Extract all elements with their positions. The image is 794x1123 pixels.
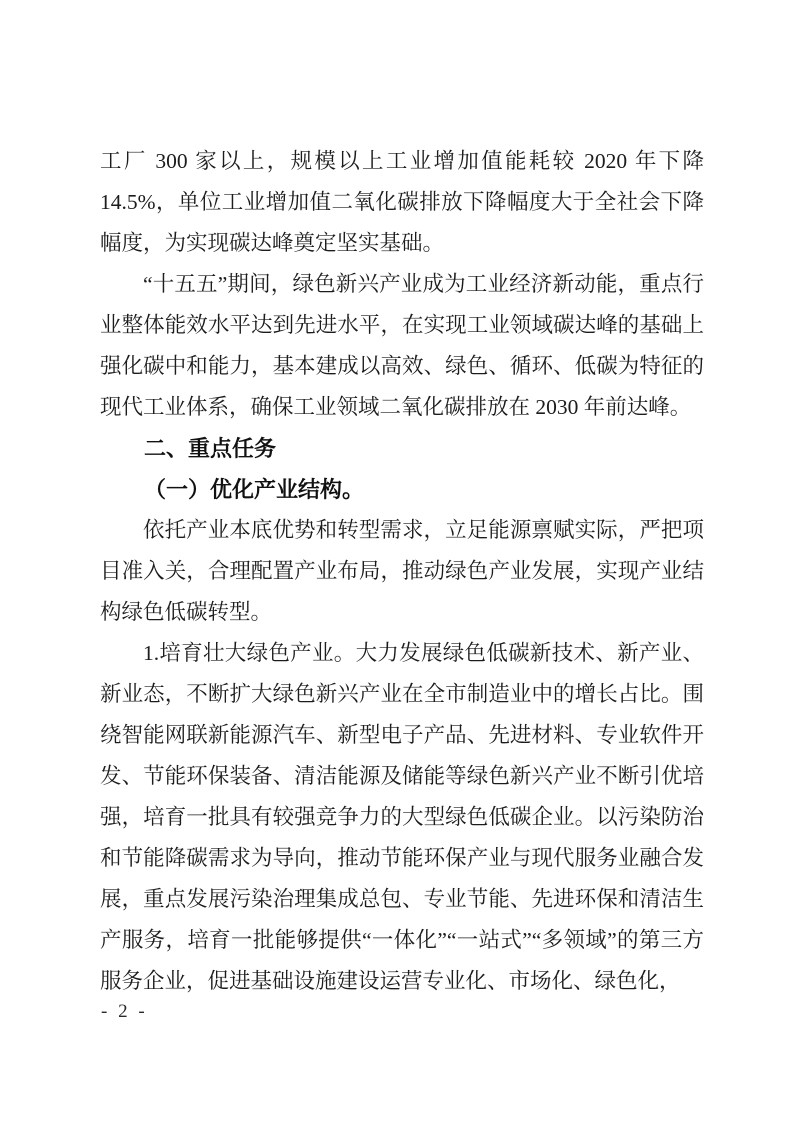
subsection-heading-optimize-industry-structure: （一）优化产业结构。 bbox=[100, 469, 704, 510]
paragraph-industry-layout: 依托产业本底优势和转型需求，立足能源禀赋实际，严把项目准入关，合理配置产业布局，… bbox=[100, 510, 704, 633]
paragraph-15th-five-year-outlook: “十五五”期间，绿色新兴产业成为工业经济新动能，重点行业整体能效水平达到先进水平… bbox=[100, 264, 704, 428]
paragraph-green-industry-cultivation: 1.培育壮大绿色产业。大力发展绿色低碳新技术、新产业、新业态，不断扩大绿色新兴产… bbox=[100, 633, 704, 1002]
document-body: 工厂 300 家以上，规模以上工业增加值能耗较 2020 年下降 14.5%，单… bbox=[100, 141, 704, 1002]
section-heading-key-tasks: 二、重点任务 bbox=[100, 428, 704, 469]
paragraph-carbon-peak-foundation: 工厂 300 家以上，规模以上工业增加值能耗较 2020 年下降 14.5%，单… bbox=[100, 141, 704, 264]
document-page: 工厂 300 家以上，规模以上工业增加值能耗较 2020 年下降 14.5%，单… bbox=[0, 0, 794, 1123]
page-number: - 2 - bbox=[101, 1000, 148, 1024]
